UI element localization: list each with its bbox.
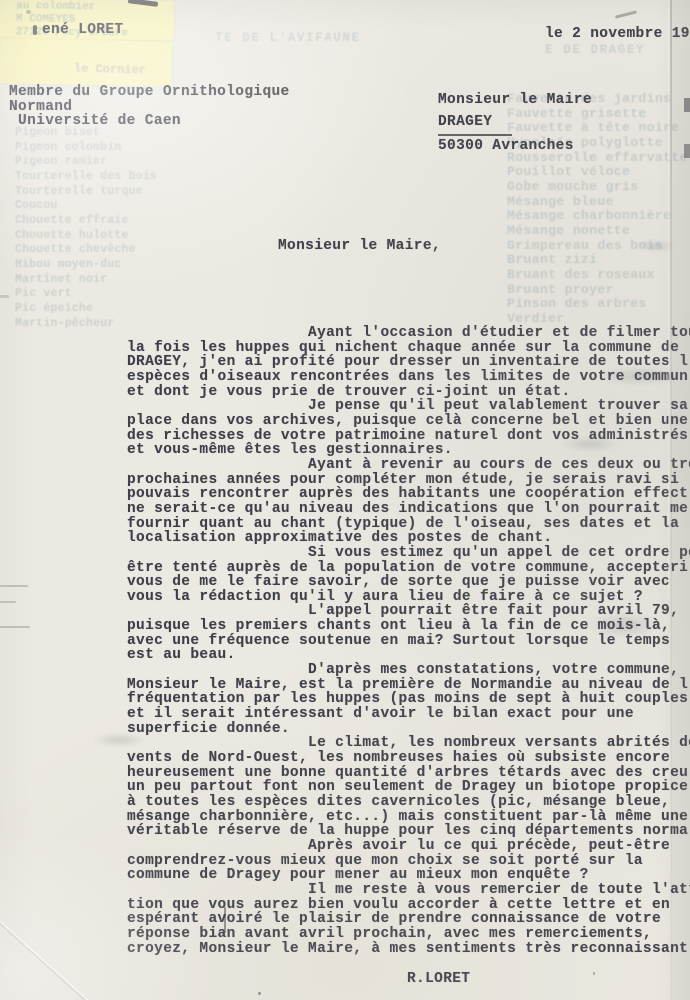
ghost-species-line: Bruant des roseaux <box>507 268 688 283</box>
ghost-species-line: Pic vert <box>15 287 157 302</box>
ghost-species-line: Mésange nonette <box>507 224 688 239</box>
sender-name: ené LORET <box>42 22 123 38</box>
sender-address-block: Membre du Groupe OrnithologiqueNormand U… <box>9 85 290 129</box>
signature: R.LORET <box>407 971 470 987</box>
edge-ink-mark <box>684 98 690 112</box>
stray-pen-stroke <box>224 907 226 933</box>
body-text-line: Le climat, les nombreux versants abrités… <box>127 736 690 751</box>
ghost-species-line: Pic épeiche <box>15 302 157 317</box>
ink-speck <box>258 992 261 995</box>
body-text-line: croyez, Monsieur le Maire, à mes sentime… <box>127 942 690 957</box>
body-text-line: vents de Nord-Ouest, les nombreuses haie… <box>127 751 690 766</box>
paper-crease-corner <box>0 916 94 1000</box>
salutation: Monsieur le Maire, <box>278 238 441 254</box>
body-text-line: et vous-même êtes les gestionnaires. <box>127 443 690 458</box>
ghost-species-line: Gobe mouche gris <box>507 180 688 195</box>
ghost-species-line: Coucou <box>15 199 157 214</box>
ghost-species-line: Tourterelle des bois <box>15 170 157 185</box>
body-text-line: Je pense qu'il peut valablement trouver … <box>127 399 690 414</box>
sender-address-line: Université de Caen <box>9 114 290 129</box>
edge-smudge <box>0 601 16 603</box>
ink-speck <box>615 10 637 18</box>
body-text-line: L'appel pourrait être fait pour avril 79… <box>127 604 690 619</box>
body-text-line: Ayant l'occasion d'étudier et de filmer … <box>127 326 690 341</box>
body-text-line: Après avoir lu ce qui précède, peut-être <box>127 839 690 854</box>
body-text-line: Il me reste à vous remercier de toute l'… <box>127 883 690 898</box>
ghost-species-line: Mésange charbonnière <box>507 209 688 224</box>
ink-speck <box>593 972 595 975</box>
ghost-species-line: Chouette hulotte <box>15 229 157 244</box>
letter-body: Ayant l'occasion d'étudier et de filmer … <box>127 326 690 956</box>
body-text-line: Ayant à revenir au cours de ces deux ou … <box>127 458 690 473</box>
body-text-line: un peu partout font non seulement de Dra… <box>127 780 690 795</box>
ghost-species-line: Chouette effraie <box>15 214 157 229</box>
sender-address-line: Membre du Groupe Ornithologique <box>9 85 290 100</box>
body-text-line: véritable réserve de la huppe pour les c… <box>127 824 690 839</box>
ghost-species-line: Pigeon ramier <box>15 155 157 170</box>
paper-crease-highlight <box>668 0 669 600</box>
ghost-species-line: Tourterelle turque <box>15 185 157 200</box>
body-text-line: commune de Dragey pour mener au mieux mo… <box>127 868 690 883</box>
body-text-line: espèces d'oiseaux rencontrées dans les l… <box>127 370 690 385</box>
paper-crease-vertical <box>670 0 672 1000</box>
edge-smudge <box>0 585 28 587</box>
recipient-commune: DRAGEY <box>438 112 592 137</box>
body-text-line: fréquentation par les huppes (pas moins … <box>127 692 690 707</box>
body-text-line: ne serait-ce qu'au niveau des indication… <box>127 502 690 517</box>
body-text-line: place dans vos archives, puisque celà co… <box>127 414 690 429</box>
ghost-species-line: Mésange bleue <box>507 195 688 210</box>
body-text-line: fournir quant au chant (typique) de l'oi… <box>127 517 690 532</box>
ghost-species-line: Pigeon colombin <box>15 141 157 156</box>
ghost-species-line: Pinson des arbres <box>507 297 688 312</box>
body-text-line: D'après mes constatations, votre commune… <box>127 663 690 678</box>
ghost-species-line: Chouette chevêche <box>15 243 157 258</box>
body-text-line: DRAGEY, j'en ai profité pour dresser un … <box>127 355 690 370</box>
recipient-address-block: Monsieur le Maire DRAGEY 50300 Avranches <box>438 90 592 158</box>
body-text-line: Si vous estimez qu'un appel de cet ordre… <box>127 546 690 561</box>
edge-smudge <box>0 626 30 628</box>
ink-speck <box>26 10 31 14</box>
showthrough-species-column-left: Pigeon bisetPigeon colombinPigeon ramier… <box>15 126 157 331</box>
body-text-line: réponse bian avant avril prochain, avec … <box>127 927 690 942</box>
showthrough-title-right: E DE DRAGEY <box>545 43 645 57</box>
ghost-species-line: Martinet noir <box>15 273 157 288</box>
ghost-species-line: Bruant zizi <box>507 253 688 268</box>
ghost-species-line: Hibou moyen-duc <box>15 258 157 273</box>
edge-ink-mark <box>684 144 690 158</box>
recipient-title: Monsieur le Maire <box>438 90 592 112</box>
body-text-line: puisque les premiers chants ont lieu à l… <box>127 619 690 634</box>
ghost-species-line: Bruant proyer <box>507 283 688 298</box>
cut-off-letter-fragment <box>33 25 37 35</box>
scanned-letter-page: Pigeon bisetPigeon colombinPigeon ramier… <box>0 0 690 1000</box>
body-text-line: pouvais rencontrer auprès des habitants … <box>127 487 690 502</box>
edge-smudge <box>0 295 9 298</box>
body-text-line: et il serait intéressant d'avoir le bila… <box>127 707 690 722</box>
ghost-species-line: Pouillot véloce <box>507 165 688 180</box>
body-text-line: espérant avoiré le plaisir de prendre co… <box>127 912 690 927</box>
body-text-line: vous de me le faire savoir, de sorte que… <box>127 575 690 590</box>
recipient-postal: 50300 Avranches <box>438 136 592 158</box>
body-text-line: à toutes les espèces dites cavernicoles … <box>127 795 690 810</box>
body-text-line: être tenté auprès de la population de vo… <box>127 561 690 576</box>
taped-over-text: le Cornier <box>74 62 146 78</box>
correction-tape-header: le Cornier <box>0 38 172 87</box>
body-text-line: est au beau. <box>127 648 690 663</box>
showthrough-title-left: TE DE L'AVIFAUNE <box>215 31 361 45</box>
body-text-line: localisation approximative des postes de… <box>127 531 690 546</box>
